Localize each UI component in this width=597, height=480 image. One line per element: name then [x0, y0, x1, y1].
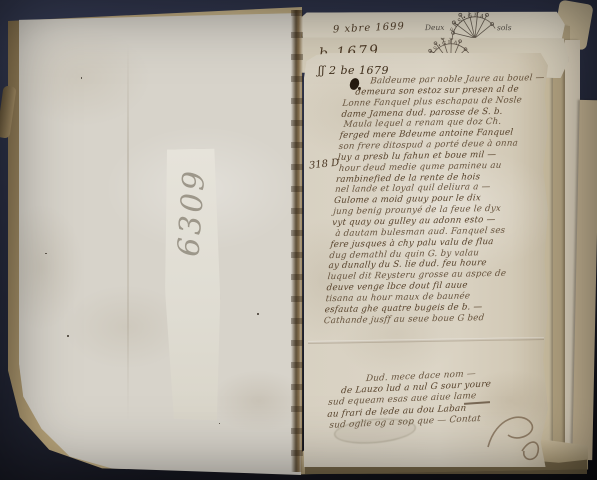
- parchment-texture: [19, 13, 301, 475]
- svg-text:ERS•GRA: ERS•GRA: [447, 10, 488, 34]
- left-blank-page: 6309: [19, 13, 301, 475]
- manuscript-text-block: Baldeume par noble Jaure au bouel — deme…: [323, 73, 556, 327]
- manuscript-photo: 6309 9 xbre 1699 Deux sols ERS•GRA b 167…: [0, 0, 597, 480]
- stamp-caption-left: Deux: [425, 23, 445, 32]
- ink-speck: [67, 335, 69, 337]
- fold-crease: [308, 337, 544, 344]
- ink-speck: [45, 253, 47, 254]
- ink-speck: [81, 77, 82, 79]
- right-manuscript-page: ʃʃ 2 be 1679 318 D Baldeume par noble Ja…: [304, 53, 548, 467]
- handwritten-date: 9 xbre 1699: [333, 21, 405, 35]
- ink-speck: [257, 313, 259, 315]
- act-heading-date: ʃʃ 2 be 1679: [318, 64, 389, 77]
- ink-speck: [219, 423, 220, 424]
- binding-gutter: [291, 10, 303, 472]
- notary-paraph-icon: [482, 405, 546, 463]
- margin-amount-note: 318 D: [309, 157, 340, 171]
- page-crease: [127, 43, 129, 423]
- stamp-arc-text: ERS•GRA: [447, 10, 488, 34]
